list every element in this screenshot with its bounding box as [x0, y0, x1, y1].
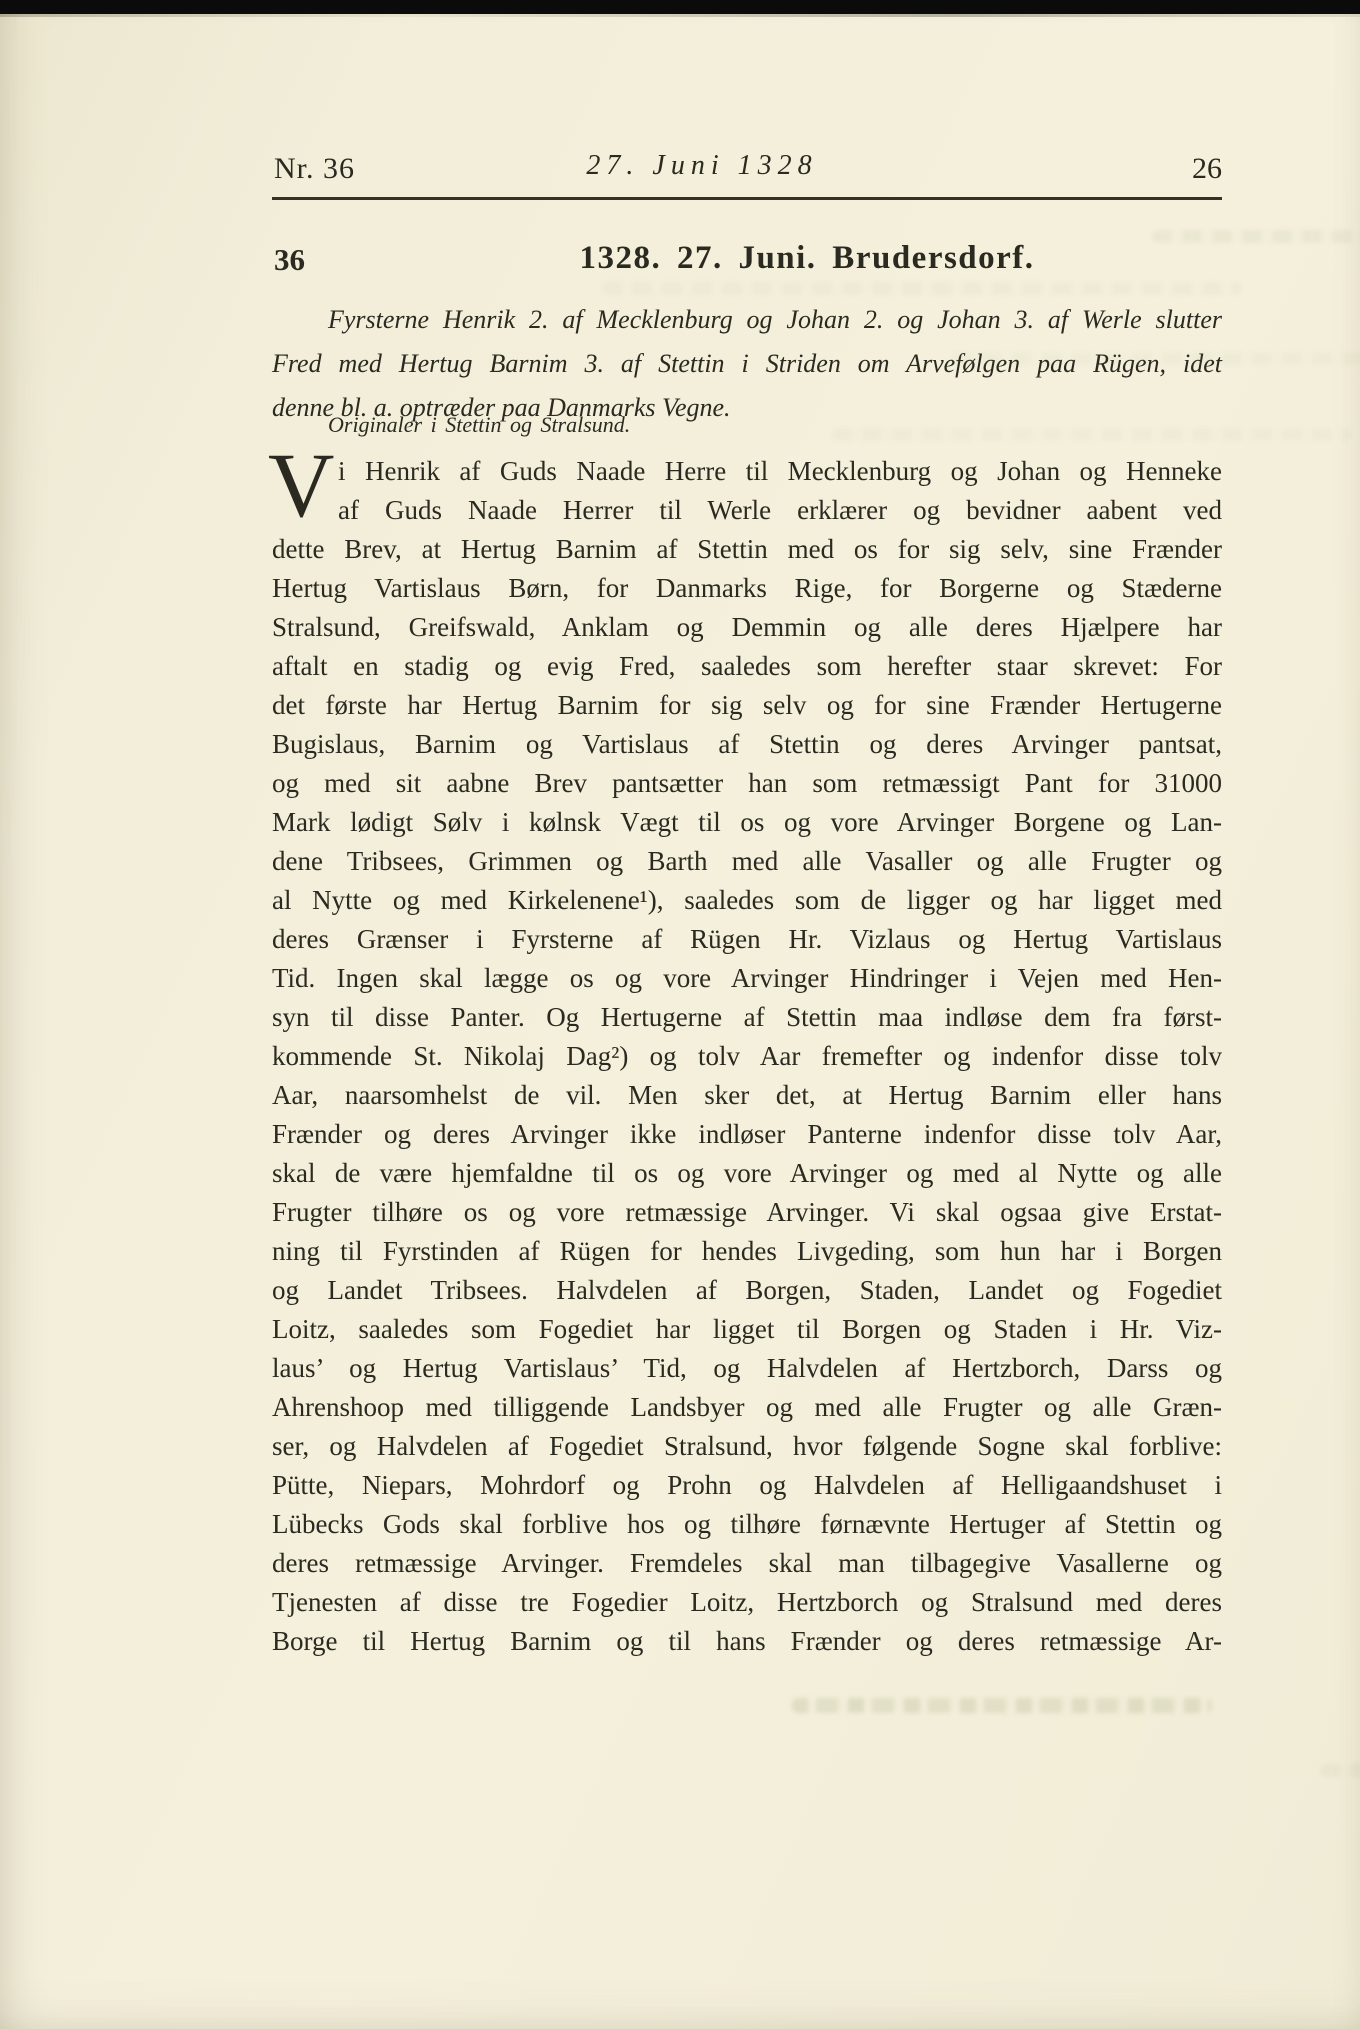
body-line: deres retmæssige Arvinger. Fremdeles ska… — [272, 1544, 1222, 1583]
body-line: kommende St. Nikolaj Dag²) og tolv Aar f… — [272, 1037, 1222, 1076]
body-line: ning til Fyrstinden af Rügen for hendes … — [272, 1232, 1222, 1271]
body-line: og Landet Tribsees. Halvdelen af Borgen,… — [272, 1271, 1222, 1310]
body-line: Mark lødigt Sølv i kølnsk Vægt til os og… — [272, 803, 1222, 842]
source-note: Originaler i Stettin og Stralsund. — [328, 412, 630, 438]
entry-title: 1328. 27. Juni. Brudersdorf. — [332, 240, 1282, 277]
body-line: i Henrik af Guds Naade Herre til Mecklen… — [272, 452, 1222, 491]
body-line: dette Brev, at Hertug Barnim af Stettin … — [272, 530, 1222, 569]
entry-heading: 36 1328. 27. Juni. Brudersdorf. — [272, 240, 1222, 284]
body-line: Stralsund, Greifswald, Anklam og Demmin … — [272, 608, 1222, 647]
body-line: Pütte, Niepars, Mohrdorf og Prohn og Hal… — [272, 1466, 1222, 1505]
running-header-date: 27. Juni 1328 — [227, 150, 1177, 182]
body-line: Tjenesten af disse tre Fogedier Loitz, H… — [272, 1583, 1222, 1622]
body-line: skal de være hjemfaldne til os og vore A… — [272, 1154, 1222, 1193]
entry-summary: Fyrsterne Henrik 2. af Mecklenburg og Jo… — [272, 298, 1222, 430]
body-line: og med sit aabne Brev pantsætter han som… — [272, 764, 1222, 803]
show-through-smudge — [1320, 1764, 1360, 1777]
body-lines: i Henrik af Guds Naade Herre til Mecklen… — [272, 452, 1222, 1661]
body-line: Lübecks Gods skal forblive hos og tilhør… — [272, 1505, 1222, 1544]
body-line: Frænder og deres Arvinger ikke indløser … — [272, 1115, 1222, 1154]
entry-number: 36 — [274, 242, 305, 278]
show-through-footnote-smudge — [792, 1698, 1212, 1713]
body-line: syn til disse Panter. Og Hertugerne af S… — [272, 998, 1222, 1037]
drop-cap-initial: V — [268, 445, 334, 525]
body-line: Frugter tilhøre os og vore retmæssige Ar… — [272, 1193, 1222, 1232]
summary-line: Fyrsterne Henrik 2. af Mecklenburg og Jo… — [272, 298, 1222, 342]
body-line: Tid. Ingen skal lægge os og vore Arvinge… — [272, 959, 1222, 998]
body-line: af Guds Naade Herrer til Werle erklærer … — [272, 491, 1222, 530]
body-line: al Nytte og med Kirkelenene¹), saaledes … — [272, 881, 1222, 920]
body-line: Borge til Hertug Barnim og til hans Fræn… — [272, 1622, 1222, 1661]
page-number: 26 — [1192, 152, 1222, 186]
header-rule — [272, 197, 1222, 200]
body-line: deres Grænser i Fyrsterne af Rügen Hr. V… — [272, 920, 1222, 959]
body-line: Ahrenshoop med tilliggende Landsbyer og … — [272, 1388, 1222, 1427]
book-page-scan: Nr. 36 27. Juni 1328 26 36 1328. 27. Jun… — [0, 0, 1360, 2029]
text-column: Nr. 36 27. Juni 1328 26 36 1328. 27. Jun… — [272, 0, 1222, 2029]
running-header: Nr. 36 27. Juni 1328 26 — [272, 148, 1222, 190]
body-line: det første har Hertug Barnim for sig sel… — [272, 686, 1222, 725]
body-line: aftalt en stadig og evig Fred, saaledes … — [272, 647, 1222, 686]
body-line: Loitz, saaledes som Fogediet har ligget … — [272, 1310, 1222, 1349]
body-line: ser, og Halvdelen af Fogediet Stralsund,… — [272, 1427, 1222, 1466]
body-line: Aar, naarsomhelst de vil. Men sker det, … — [272, 1076, 1222, 1115]
body-line: Hertug Vartislaus Børn, for Danmarks Rig… — [272, 569, 1222, 608]
summary-line: Fred med Hertug Barnim 3. af Stettin i S… — [272, 342, 1222, 386]
body-line: Bugislaus, Barnim og Vartislaus af Stett… — [272, 725, 1222, 764]
body-line: laus’ og Hertug Vartislaus’ Tid, og Halv… — [272, 1349, 1222, 1388]
body-line: dene Tribsees, Grimmen og Barth med alle… — [272, 842, 1222, 881]
charter-body-text: V i Henrik af Guds Naade Herre til Meckl… — [272, 452, 1222, 1661]
